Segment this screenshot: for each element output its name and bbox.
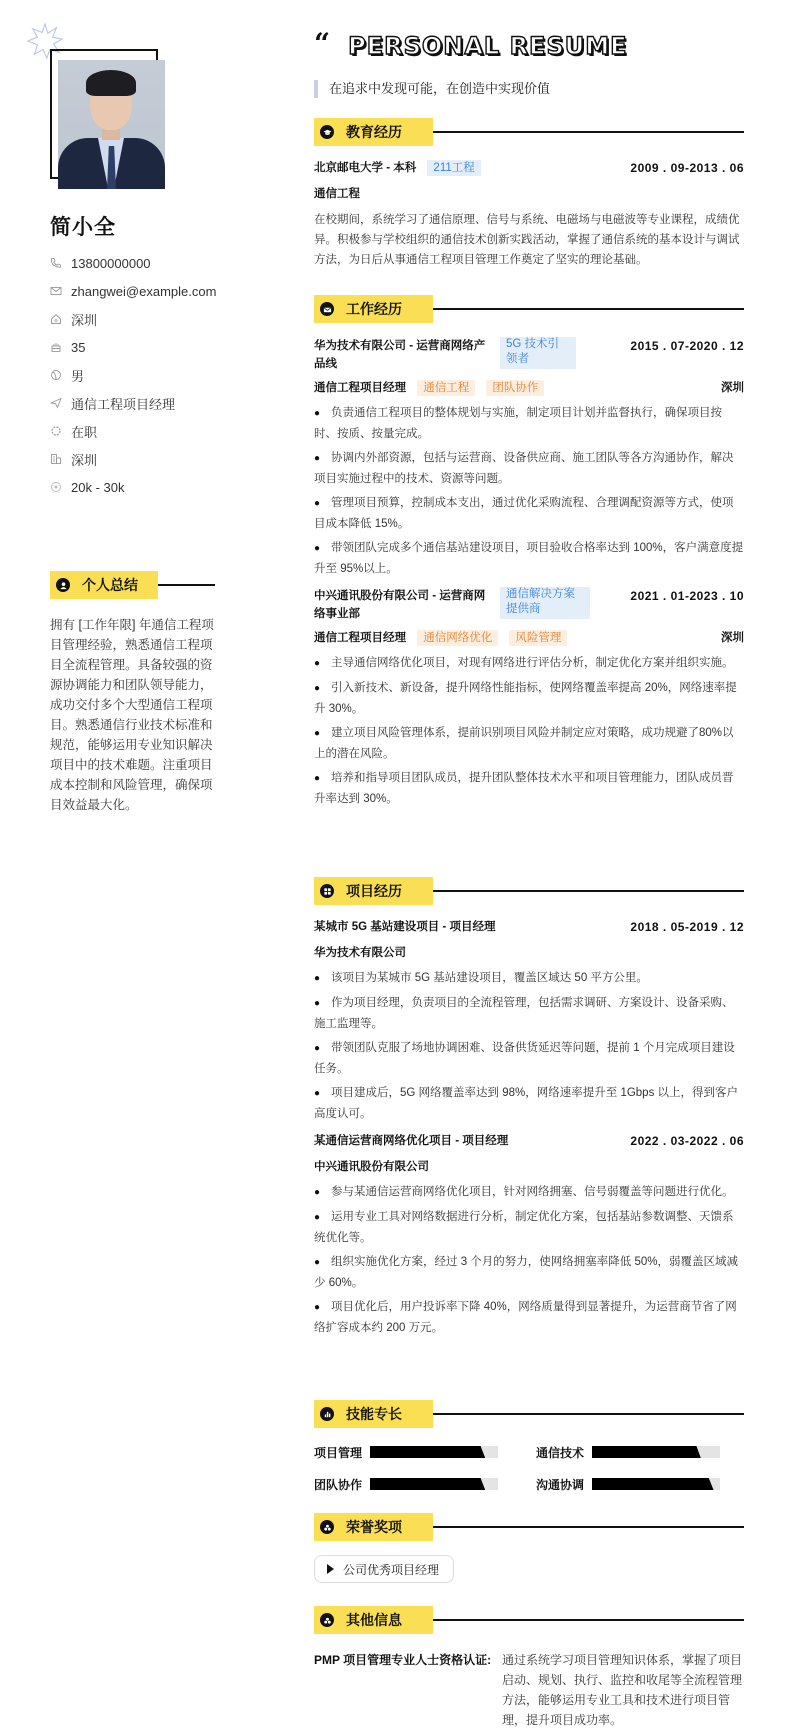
skill-item: 团队协作 bbox=[314, 1474, 536, 1494]
education-section-header: 教育经历 bbox=[314, 118, 744, 146]
resume-title: “ PERSONAL RESUME bbox=[314, 30, 628, 62]
divider bbox=[433, 308, 744, 310]
info-age: 35 bbox=[50, 333, 216, 361]
job-role: 通信工程项目经理 bbox=[314, 632, 406, 644]
list-item: ●协调内外部资源，包括与运营商、设备供应商、施工团队等各方沟通协作，解决项目实施… bbox=[314, 448, 744, 489]
mail-icon bbox=[50, 285, 62, 297]
skill-bar bbox=[370, 1478, 498, 1490]
work-date: 2021 . 01-2023 . 10 bbox=[630, 587, 744, 605]
divider bbox=[158, 584, 215, 586]
skill-bar-fill bbox=[592, 1446, 701, 1458]
work-section: 工作经历 华为技术有限公司 - 运营商网络产品线 5G 技术引领者 2015 .… bbox=[314, 295, 744, 813]
certification-description: 通过系统学习项目管理知识体系，掌握了项目启动、规划、执行、监控和收尾等全流程管理… bbox=[502, 1650, 744, 1729]
company-tag: 5G 技术引领者 bbox=[500, 337, 576, 369]
gender-icon bbox=[50, 369, 62, 381]
other-item: PMP 项目管理专业人士资格认证: 通过系统学习项目管理知识体系，掌握了项目启动… bbox=[314, 1650, 744, 1729]
education-description: 在校期间，系统学习了通信原理、信号与系统、电磁场与电磁波等专业课程，成绩优异。积… bbox=[314, 210, 744, 270]
project-name: 某通信运营商网络优化项目 - 项目经理 bbox=[314, 1132, 508, 1150]
skills-section: 技能专长 项目管理 通信技术 团队协作 沟通协调 bbox=[314, 1400, 744, 1494]
skill-item: 通信技术 bbox=[536, 1442, 744, 1462]
company-name: 华为技术有限公司 - 运营商网络产品线 bbox=[314, 337, 494, 373]
page-title: PERSONAL RESUME bbox=[348, 30, 627, 62]
info-status: 在职 bbox=[50, 417, 216, 445]
skills-section-header: 技能专长 bbox=[314, 1400, 744, 1428]
quote-mark-icon: “ bbox=[314, 30, 330, 58]
job-role: 通信工程项目经理 bbox=[314, 382, 406, 394]
work-title: 工作经历 bbox=[346, 299, 402, 319]
skills-title: 技能专长 bbox=[346, 1404, 402, 1424]
school-tag: 211工程 bbox=[427, 160, 480, 176]
motto: 在追求中发现可能，在创造中实现价值 bbox=[314, 80, 550, 98]
status-icon bbox=[50, 425, 62, 437]
project-item: 某城市 5G 基站建设项目 - 项目经理 2018 . 05-2019 . 12… bbox=[314, 918, 744, 1124]
list-item: ●负责通信工程项目的整体规划与实施，制定项目计划并监督执行，确保项目按时、按质、… bbox=[314, 403, 744, 444]
project-bullets: ●该项目为某城市 5G 基站建设项目，覆盖区域达 50 平方公里。 ●作为项目经… bbox=[314, 968, 744, 1124]
info-phone: 13800000000 bbox=[50, 249, 216, 277]
info-location: 深圳 bbox=[50, 305, 216, 333]
list-item: ●主导通信网络优化项目，对现有网络进行评估分析，制定优化方案并组织实施。 bbox=[314, 653, 744, 674]
list-item: ●带领团队完成多个通信基站建设项目，项目验收合格率达到 100%，客户满意度提升… bbox=[314, 538, 744, 579]
award-item: 公司优秀项目经理 bbox=[314, 1555, 454, 1583]
list-item: ●运用专业工具对网络数据进行分析，制定优化方案，包括基站参数调整、天馈系统优化等… bbox=[314, 1207, 744, 1248]
play-triangle-icon bbox=[327, 1564, 334, 1574]
project-company: 中兴通讯股份有限公司 bbox=[314, 1158, 744, 1176]
project-bullets: ●参与某通信运营商网络优化项目，针对网络拥塞、信号弱覆盖等问题进行优化。 ●运用… bbox=[314, 1182, 744, 1338]
briefcase-icon bbox=[320, 302, 334, 316]
salary-icon bbox=[50, 481, 62, 493]
list-item: ●引入新技术、新设备，提升网络性能指标，使网络覆盖率提高 20%，网络速率提升 … bbox=[314, 678, 744, 719]
other-section: 其他信息 PMP 项目管理专业人士资格认证: 通过系统学习项目管理知识体系，掌握… bbox=[314, 1606, 744, 1729]
project-date: 2022 . 03-2022 . 06 bbox=[630, 1132, 744, 1150]
list-item: ●参与某通信运营商网络优化项目，针对网络拥塞、信号弱覆盖等问题进行优化。 bbox=[314, 1182, 744, 1203]
skill-item: 沟通协调 bbox=[536, 1474, 744, 1494]
project-date: 2018 . 05-2019 . 12 bbox=[630, 918, 744, 936]
work-date: 2015 . 07-2020 . 12 bbox=[630, 337, 744, 355]
summary-text: 拥有 [工作年限] 年通信工程项目管理经验，熟悉通信工程项目全流程管理。具备较强… bbox=[50, 615, 220, 815]
projects-section: 项目经历 某城市 5G 基站建设项目 - 项目经理 2018 . 05-2019… bbox=[314, 877, 744, 1342]
work-item: 华为技术有限公司 - 运营商网络产品线 5G 技术引领者 2015 . 07-2… bbox=[314, 337, 744, 579]
sidebar: 简小全 13800000000 zhangwei@example.com 深圳 … bbox=[0, 0, 280, 1729]
skill-bar-fill bbox=[370, 1446, 485, 1458]
skill-bar-fill bbox=[592, 1478, 714, 1490]
bar-chart-icon bbox=[320, 1407, 334, 1421]
award-icon bbox=[320, 1520, 334, 1534]
education-date: 2009 . 09-2013 . 06 bbox=[630, 159, 744, 177]
work-city: 深圳 bbox=[721, 629, 744, 647]
divider bbox=[433, 1619, 744, 1621]
age-icon bbox=[50, 341, 62, 353]
info-city: 深圳 bbox=[50, 445, 216, 473]
list-item: ●管理项目预算，控制成本支出，通过优化采购流程、合理调配资源等方式，使项目成本降… bbox=[314, 493, 744, 534]
building-icon bbox=[50, 453, 62, 465]
work-bullets: ●主导通信网络优化项目，对现有网络进行评估分析，制定优化方案并组织实施。 ●引入… bbox=[314, 653, 744, 809]
major: 通信工程 bbox=[314, 185, 744, 203]
info-cluster-icon bbox=[320, 1613, 334, 1627]
contact-info-list: 13800000000 zhangwei@example.com 深圳 35 男… bbox=[50, 249, 216, 501]
certification-label: PMP 项目管理专业人士资格认证: bbox=[314, 1650, 502, 1729]
list-item: ●项目建成后，5G 网络覆盖率达到 98%，网络速率提升至 1Gbps 以上，得… bbox=[314, 1083, 744, 1124]
education-title: 教育经历 bbox=[346, 122, 402, 142]
list-item: ●带领团队克服了场地协调困难、设备供货延迟等问题，提前 1 个月完成项目建设任务… bbox=[314, 1038, 744, 1079]
skill-bar-fill bbox=[370, 1478, 485, 1490]
user-icon bbox=[56, 578, 70, 592]
awards-section-header: 荣誉奖项 bbox=[314, 1513, 744, 1541]
skills-grid: 项目管理 通信技术 团队协作 沟通协调 bbox=[314, 1442, 744, 1494]
list-item: ●项目优化后，用户投诉率下降 40%，网络质量得到显著提升，为运营商节省了网络扩… bbox=[314, 1297, 744, 1338]
project-company: 华为技术有限公司 bbox=[314, 944, 744, 962]
divider bbox=[433, 1526, 744, 1528]
project-item: 某通信运营商网络优化项目 - 项目经理 2022 . 03-2022 . 06 … bbox=[314, 1132, 744, 1338]
skill-tag: 团队协作 bbox=[486, 380, 544, 396]
company-name: 中兴通讯股份有限公司 - 运营商网络事业部 bbox=[314, 587, 494, 623]
home-icon bbox=[50, 313, 62, 325]
list-item: ●建立项目风险管理体系，提前识别项目风险并制定应对策略，成功规避了80%以上的潜… bbox=[314, 723, 744, 764]
other-section-header: 其他信息 bbox=[314, 1606, 744, 1634]
company-tag: 通信解决方案提供商 bbox=[500, 587, 590, 619]
skill-tag: 通信网络优化 bbox=[417, 630, 498, 646]
list-item: ●作为项目经理，负责项目的全流程管理，包括需求调研、方案设计、设备采购、施工监理… bbox=[314, 993, 744, 1034]
education-item: 北京邮电大学 - 本科 211工程 2009 . 09-2013 . 06 通信… bbox=[314, 159, 744, 270]
skill-bar bbox=[370, 1446, 498, 1458]
skill-tag: 风险管理 bbox=[509, 630, 567, 646]
summary-section-header: 个人总结 bbox=[50, 571, 215, 599]
projects-title: 项目经历 bbox=[346, 881, 402, 901]
work-bullets: ●负责通信工程项目的整体规划与实施，制定项目计划并监督执行，确保项目按时、按质、… bbox=[314, 403, 744, 579]
work-item: 中兴通讯股份有限公司 - 运营商网络事业部 通信解决方案提供商 2021 . 0… bbox=[314, 587, 744, 809]
skill-tag: 通信工程 bbox=[417, 380, 475, 396]
divider bbox=[433, 890, 744, 892]
list-item: ●培养和指导项目团队成员，提升团队整体技术水平和项目管理能力，团队成员晋升率达到… bbox=[314, 768, 744, 809]
summary-title: 个人总结 bbox=[82, 575, 138, 595]
skill-bar bbox=[592, 1446, 720, 1458]
divider bbox=[433, 1413, 744, 1415]
info-position: 通信工程项目经理 bbox=[50, 389, 216, 417]
graduation-cap-icon bbox=[320, 125, 334, 139]
skill-item: 项目管理 bbox=[314, 1442, 536, 1462]
info-salary: 20k - 30k bbox=[50, 473, 216, 501]
phone-icon bbox=[50, 257, 62, 269]
skill-bar bbox=[592, 1478, 720, 1490]
send-icon bbox=[50, 397, 62, 409]
awards-section: 荣誉奖项 公司优秀项目经理 bbox=[314, 1513, 744, 1583]
info-email: zhangwei@example.com bbox=[50, 277, 216, 305]
awards-title: 荣誉奖项 bbox=[346, 1517, 402, 1537]
info-gender: 男 bbox=[50, 361, 216, 389]
other-title: 其他信息 bbox=[346, 1610, 402, 1630]
projects-section-header: 项目经历 bbox=[314, 877, 744, 905]
list-item: ●该项目为某城市 5G 基站建设项目，覆盖区域达 50 平方公里。 bbox=[314, 968, 744, 989]
list-item: ●组织实施优化方案，经过 3 个月的努力，使网络拥塞率降低 50%，弱覆盖区域减… bbox=[314, 1252, 744, 1293]
education-section: 教育经历 北京邮电大学 - 本科 211工程 2009 . 09-2013 . … bbox=[314, 118, 744, 270]
project-name: 某城市 5G 基站建设项目 - 项目经理 bbox=[314, 918, 495, 936]
candidate-name: 简小全 bbox=[50, 211, 116, 241]
work-city: 深圳 bbox=[721, 379, 744, 397]
grid-icon bbox=[320, 884, 334, 898]
work-section-header: 工作经历 bbox=[314, 295, 744, 323]
avatar bbox=[58, 60, 165, 189]
divider bbox=[433, 131, 744, 133]
school-name: 北京邮电大学 - 本科 bbox=[314, 162, 416, 174]
